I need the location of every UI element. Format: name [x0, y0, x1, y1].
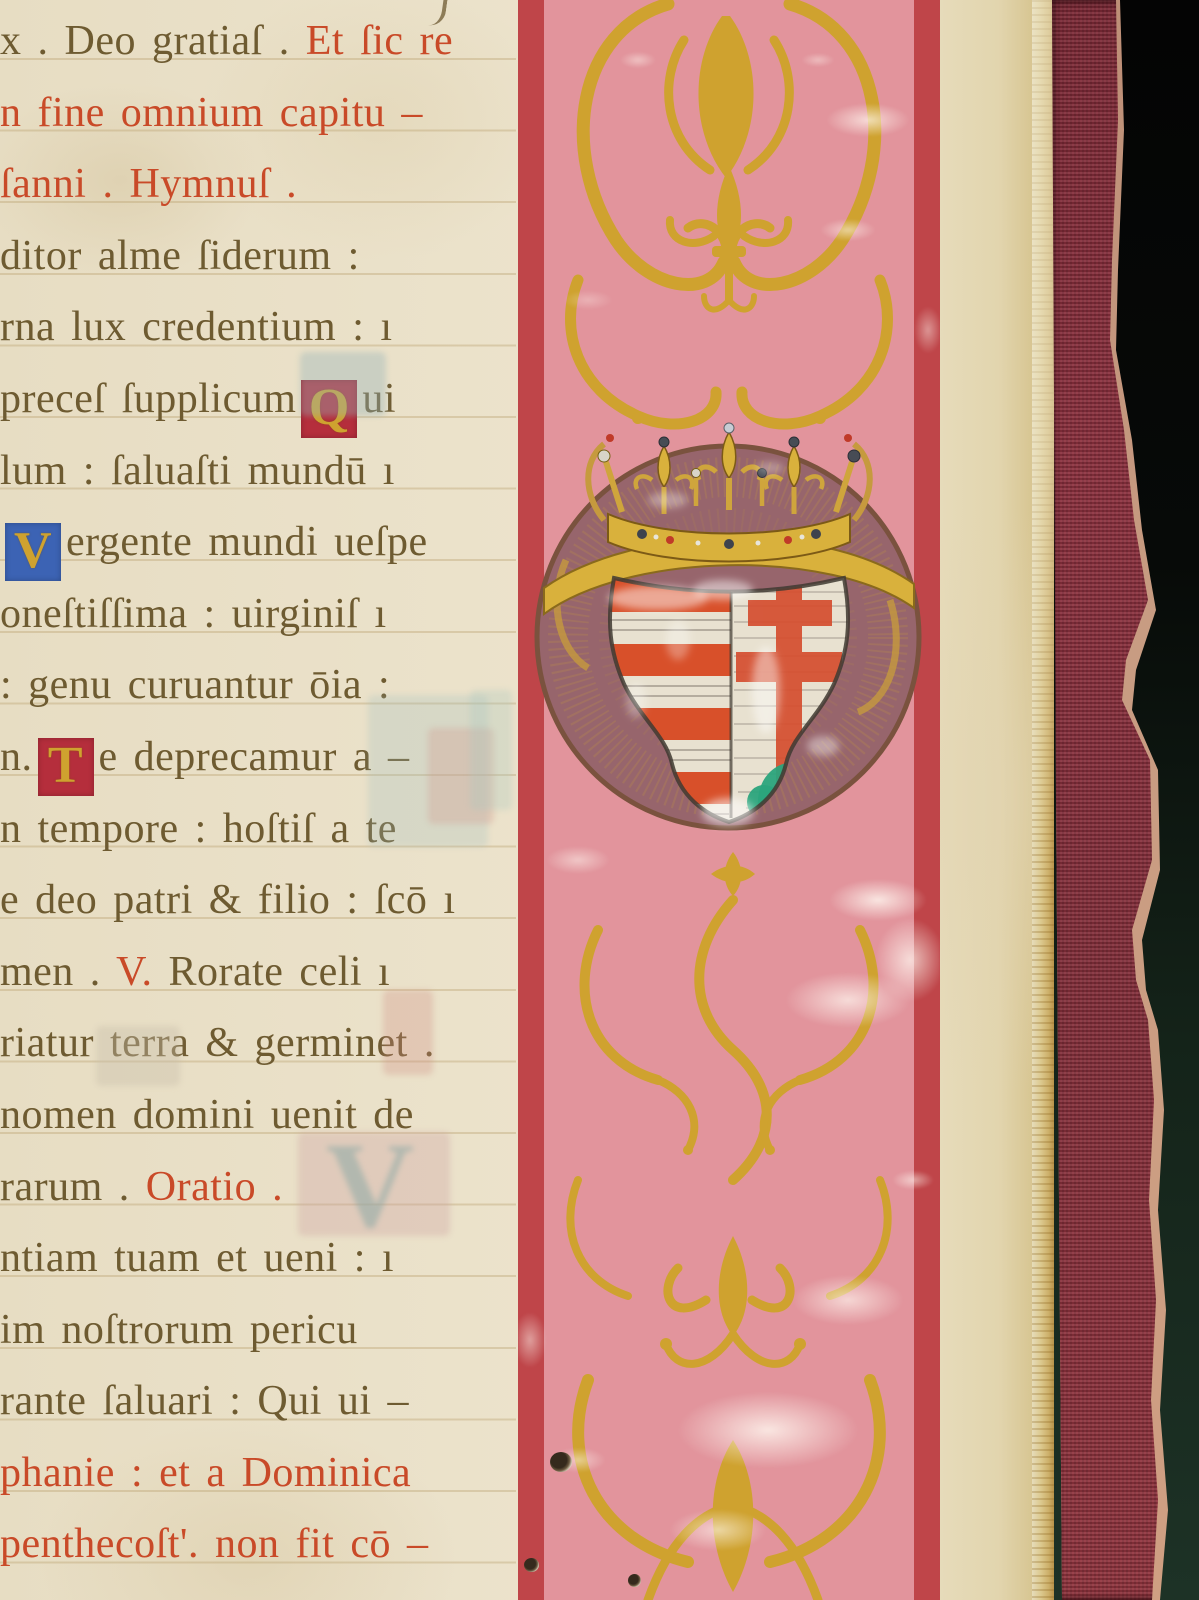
- illuminated-border: [518, 0, 940, 1600]
- text-line: ditor alme ſiderum :: [0, 221, 516, 293]
- ink-bleedthrough-ghost: [470, 690, 512, 810]
- text-segment: n fine omnium capitu –: [0, 90, 423, 136]
- text-line: e deo patri & filio : ſcō ı: [0, 865, 516, 937]
- text-line: lum : ſaluaſti mundū ı: [0, 436, 516, 508]
- ink-bleedthrough-ghost: [383, 990, 433, 1075]
- text-segment: ditor alme ſiderum :: [0, 233, 360, 279]
- border-red-strip-right: [914, 0, 940, 1600]
- manuscript-photo: x . Deo gratiaſ . Et ſic ren fine omnium…: [0, 0, 1199, 1600]
- illuminated-initial-t: T: [38, 738, 94, 796]
- text-line: men . V. Rorate celi ı: [0, 937, 516, 1009]
- text-line: rna lux credentium : ı: [0, 292, 516, 364]
- border-red-strip-left: [518, 0, 544, 1600]
- text-segment: preceſ ſupplicum: [0, 376, 296, 422]
- text-line: rante ſaluari : Qui ui –: [0, 1366, 516, 1438]
- ink-bleedthrough-ghost: [300, 352, 386, 416]
- text-segment: V.: [116, 949, 152, 995]
- text-line: n fine omnium capitu –: [0, 78, 516, 150]
- text-segment: penthecoſt'. non fit cō –: [0, 1521, 428, 1567]
- ink-bleedthrough-ghost-initial: V: [298, 1132, 450, 1236]
- text-segment: Rorate celi ı: [152, 949, 390, 995]
- illuminated-initial-v: V: [5, 523, 61, 581]
- border-ornament-graphic: [518, 0, 940, 1600]
- text-segment: n tempore : hoſtiſ a te: [0, 806, 397, 852]
- text-line: riatur terra & germinet .: [0, 1008, 516, 1080]
- text-segment: lum : ſaluaſti mundū ı: [0, 448, 395, 494]
- wormhole: [524, 1558, 539, 1572]
- text-line: ſanni . Hymnuſ .: [0, 149, 516, 221]
- text-line: im noſtrorum pericu: [0, 1295, 516, 1367]
- text-segment: oneſtiſſima : uirginiſ ı: [0, 591, 387, 637]
- text-segment: e deprecamur a –: [99, 734, 410, 780]
- text-segment: rna lux credentium : ı: [0, 304, 393, 350]
- text-segment: im noſtrorum pericu: [0, 1307, 358, 1353]
- text-segment: ſanni . Hymnuſ .: [0, 161, 297, 207]
- text-segment: rarum .: [0, 1164, 146, 1210]
- text-line: Vergente mundi ueſpe: [0, 507, 516, 579]
- text-segment: ergente mundi ueſpe: [66, 519, 428, 565]
- text-line: oneſtiſſima : uirginiſ ı: [0, 579, 516, 651]
- text-segment: men .: [0, 949, 116, 995]
- gilt-page-edges: [1032, 0, 1054, 1600]
- text-line: x . Deo gratiaſ . Et ſic re: [0, 6, 516, 78]
- text-segment: : genu curuantur ōia :: [0, 662, 390, 708]
- text-segment: Oratio .: [146, 1164, 283, 1210]
- ink-bleedthrough-ghost: [96, 1026, 180, 1086]
- text-line: preceſ ſupplicumQui: [0, 364, 516, 436]
- text-line: phanie : et a Dominica: [0, 1438, 516, 1510]
- text-segment: x . Deo gratiaſ .: [0, 18, 290, 64]
- text-segment: Et ſic re: [290, 18, 453, 64]
- text-segment: e deo patri & filio : ſcō ı: [0, 877, 456, 923]
- text-line: penthecoſt'. non fit cō –: [0, 1509, 516, 1581]
- text-segment: riatur terra & germinet .: [0, 1020, 435, 1066]
- text-segment: n.: [0, 734, 33, 780]
- text-segment: phanie : et a Dominica: [0, 1450, 411, 1496]
- ghost-initial-letter: V: [326, 1116, 414, 1256]
- text-segment: rante ſaluari : Qui ui –: [0, 1378, 409, 1424]
- wormhole: [628, 1574, 641, 1587]
- wormhole: [550, 1452, 572, 1472]
